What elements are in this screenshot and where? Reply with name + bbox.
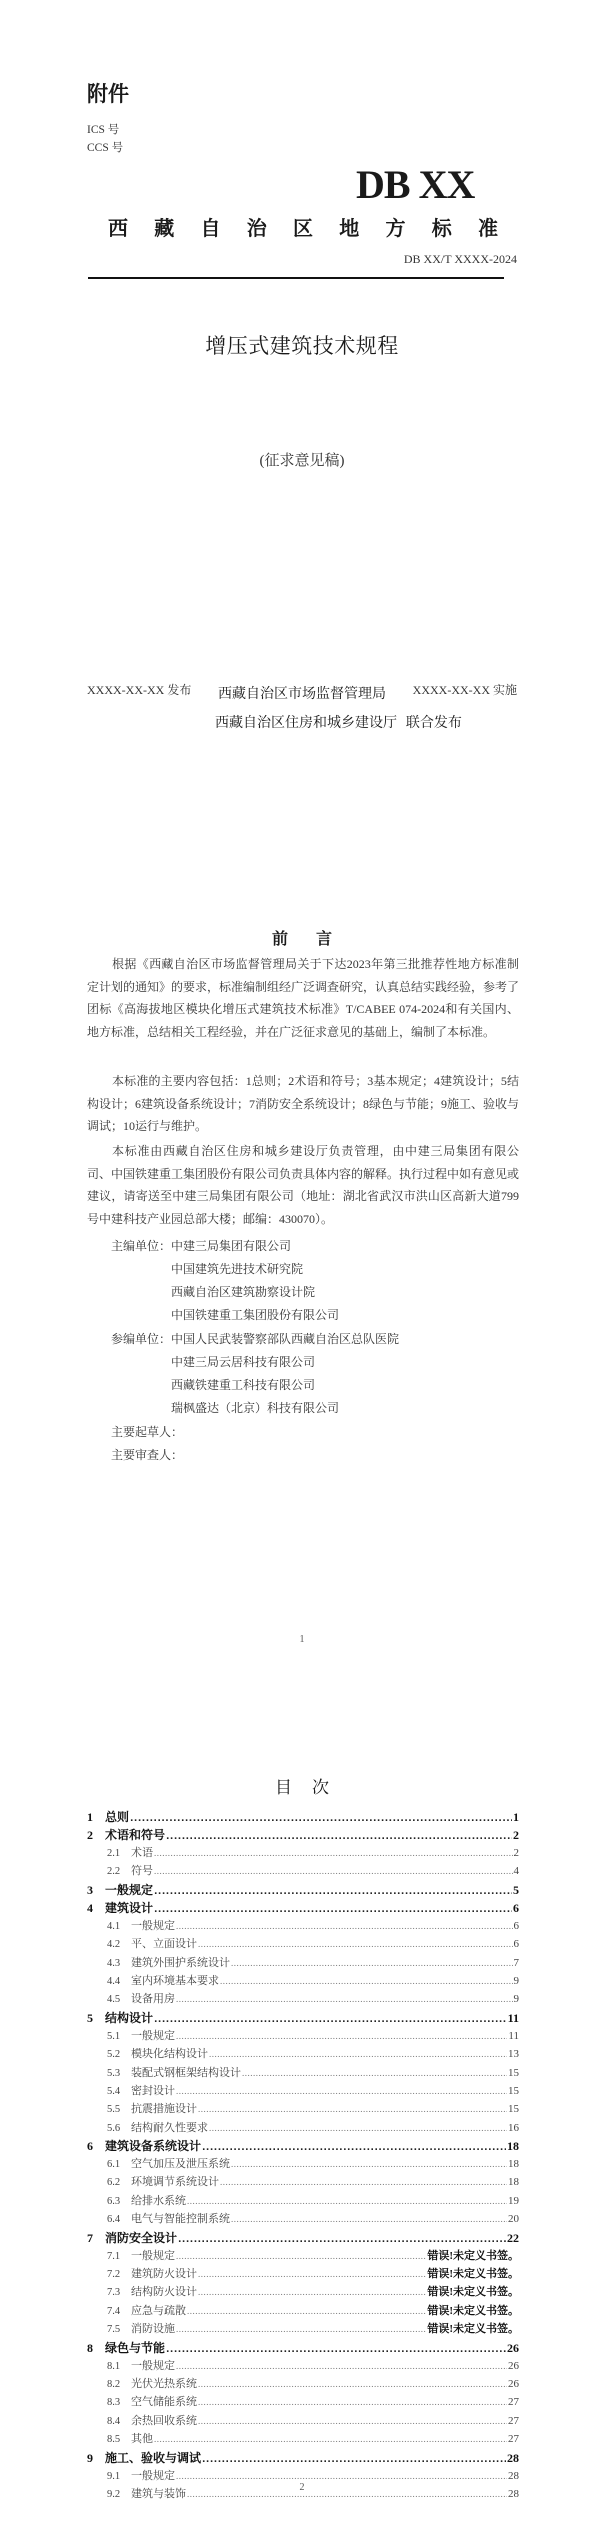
toc-entry-label: 装配式钢框架结构设计 [131,2064,241,2080]
toc-entry-page: 18 [508,2176,519,2188]
toc-entry-label: 抗震措施设计 [131,2100,197,2116]
toc-entry[interactable]: 6.3给排水系统19 [87,2192,519,2210]
toc-leader-dots [198,2416,507,2426]
standard-type-heading: 西 藏 自 治 区 地 方 标 准 [108,214,498,242]
chief-unit: 中国铁建重工集团股份有限公司 [171,1306,339,1323]
toc-entry[interactable]: 7.1一般规定错误!未定义书签。 [87,2247,519,2265]
toc-entry-page: 13 [508,2048,519,2060]
toc-entry-label: 绿色与节能 [105,2339,165,2356]
toc-leader-dots [209,2049,507,2059]
table-of-contents: 1总则12术语和符号22.1术语22.2符号43一般规定54建筑设计64.1一般… [87,1808,519,2503]
toc-title: 目次 [0,1773,600,1798]
toc-entry-page: 6 [513,1901,519,1916]
toc-entry-label: 模块化结构设计 [131,2045,208,2061]
toc-entry-number: 4.5 [107,1994,131,2005]
toc-leader-dots [154,1866,513,1876]
toc-leader-dots [220,2177,507,2187]
toc-entry-number: 4.4 [107,1976,131,1987]
page-number: 1 [0,1634,600,1645]
toc-entry-number: 2.1 [107,1848,131,1859]
toc-entry-page: 20 [508,2213,519,2225]
toc-entry[interactable]: 7.4应急与疏散错误!未定义书签。 [87,2302,519,2320]
toc-entry-page: 9 [514,1975,520,1987]
toc-entry-page: 26 [507,2341,519,2356]
toc-entry-label: 建筑设计 [105,1899,153,1916]
page-number: 2 [0,2482,600,2493]
toc-entry[interactable]: 8.1一般规定26 [87,2357,519,2375]
toc-entry-page: 28 [507,2451,519,2466]
foreword-title: 前言 [0,926,600,949]
toc-entry-number: 8.5 [107,2434,131,2445]
toc-entry-page: 22 [507,2231,519,2246]
toc-entry[interactable]: 2.1术语2 [87,1844,519,1862]
toc-entry-number: 6.3 [107,2196,131,2207]
toc-entry[interactable]: 7.2建筑防火设计错误!未定义书签。 [87,2265,519,2283]
toc-entry-label: 光伏光热系统 [131,2375,197,2391]
toc-entry-number: 7 [87,2231,105,2246]
toc-entry-page: 27 [508,2433,519,2445]
standard-type-char: 区 [293,214,313,242]
toc-leader-dots [220,1976,513,1986]
toc-entry-label: 应急与疏散 [131,2302,186,2318]
toc-leader-dots [176,2471,507,2481]
toc-entry-label: 室内环境基本要求 [131,1972,219,1988]
issuing-agency-1: 西藏自治区市场监督管理局 [218,683,386,703]
toc-entry-number: 6.1 [107,2159,131,2170]
toc-entry-label: 余热回收系统 [131,2412,197,2428]
toc-entry[interactable]: 5结构设计11 [87,2009,519,2027]
standard-type-char: 地 [339,214,359,242]
toc-entry-page: 错误!未定义书签。 [427,2302,519,2318]
toc-entry-label: 结构耐久性要求 [131,2119,208,2135]
toc-entry-label: 环境调节系统设计 [131,2173,219,2189]
toc-entry-number: 3 [87,1883,105,1898]
toc-entry[interactable]: 4.2平、立面设计6 [87,1935,519,1953]
toc-entry[interactable]: 4.5设备用房9 [87,1990,519,2008]
toc-entry-label: 其他 [131,2430,153,2446]
toc-entry-number: 8.4 [107,2416,131,2427]
issuing-agency-2: 西藏自治区住房和城乡建设厅 联合发布 [215,712,462,732]
toc-entry-number: 7.2 [107,2269,131,2280]
toc-entry-number: 7.5 [107,2324,131,2335]
standard-type-char: 准 [478,214,498,242]
toc-leader-dots [154,1887,512,1897]
toc-entry-number: 7.4 [107,2306,131,2317]
toc-leader-dots [202,2455,506,2465]
toc-entry[interactable]: 6.1空气加压及泄压系统18 [87,2155,519,2173]
toc-entry-page: 15 [508,2103,519,2115]
toc-entry-number: 5.6 [107,2123,131,2134]
toc-leader-dots [231,2214,507,2224]
toc-entry-page: 18 [507,2139,519,2154]
standard-type-char: 藏 [154,214,174,242]
toc-entry-label: 结构设计 [105,2009,153,2026]
participating-units-label: 参编单位： [111,1330,171,1347]
chief-unit: 中国建筑先进技术研究院 [171,1260,303,1277]
toc-entry-page: 2 [513,1828,519,1843]
toc-leader-dots [187,2306,426,2316]
implementation-date: XXXX-XX-XX 实施 [413,681,517,698]
foreword-paragraph-1: 根据《西藏自治区市场监督管理局关于下达2023年第三批推荐性地方标准制定计划的通… [87,953,519,1043]
toc-entry-page: 15 [508,2085,519,2097]
drafters-label: 主要起草人： [111,1423,183,1440]
toc-entry-number: 5 [87,2011,105,2026]
toc-entry-page: 4 [514,1865,520,1877]
toc-entry-label: 设备用房 [131,1990,175,2006]
toc-title-char: 次 [312,1778,329,1798]
toc-entry-number: 5.4 [107,2086,131,2097]
toc-leader-dots [176,2324,426,2334]
toc-entry-number: 5.5 [107,2104,131,2115]
toc-entry-label: 一般规定 [131,2357,175,2373]
toc-entry-number: 9 [87,2451,105,2466]
ics-number: ICS 号 [87,121,119,137]
toc-entry[interactable]: 5.6结构耐久性要求16 [87,2119,519,2137]
toc-entry[interactable]: 8.5其他27 [87,2430,519,2448]
toc-entry-page: 18 [508,2158,519,2170]
toc-entry-label: 密封设计 [131,2082,175,2098]
toc-leader-dots [130,1814,512,1824]
toc-entry[interactable]: 8.4余热回收系统27 [87,2412,519,2430]
toc-entry-label: 一般规定 [131,1917,175,1933]
toc-leader-dots [154,2434,507,2444]
toc-entry-page: 26 [508,2378,519,2390]
toc-entry[interactable]: 9施工、验收与调试28 [87,2449,519,2467]
toc-entry-label: 消防设施 [131,2320,175,2336]
toc-entry-page: 1 [513,1810,519,1825]
standard-type-char: 治 [247,214,267,242]
toc-entry[interactable]: 2术语和符号2 [87,1826,519,1844]
toc-leader-dots [154,2015,507,2025]
toc-leader-dots [176,1994,513,2004]
participating-unit: 瑞枫盛达（北京）科技有限公司 [171,1399,339,1416]
toc-entry-label: 消防安全设计 [105,2229,177,2246]
toc-leader-dots [176,1921,513,1931]
db-code: DB XX [356,163,474,207]
toc-entry-label: 符号 [131,1862,153,1878]
toc-entry-label: 一般规定 [105,1881,153,1898]
toc-entry-label: 一般规定 [131,2247,175,2263]
toc-entry-page: 11 [508,2011,519,2026]
toc-entry-number: 6.2 [107,2177,131,2188]
toc-entry-label: 施工、验收与调试 [105,2449,201,2466]
toc-leader-dots [231,1958,513,1968]
toc-leader-dots [209,2123,507,2133]
toc-leader-dots [166,2345,506,2355]
toc-entry-page: 19 [508,2195,519,2207]
foreword-title-char: 前 [272,929,288,948]
toc-leader-dots [198,2269,426,2279]
draft-label: (征求意见稿) [0,449,600,470]
toc-entry-label: 给排水系统 [131,2192,186,2208]
attachment-label: 附件 [87,78,129,108]
participating-unit: 中建三局云居科技有限公司 [171,1353,315,1370]
toc-leader-dots [154,1905,512,1915]
toc-entry-label: 结构防火设计 [131,2283,197,2299]
toc-entry-number: 8 [87,2341,105,2356]
toc-entry-page: 2 [514,1847,520,1859]
foreword-paragraph-2: 本标准的主要内容包括：1总则；2术语和符号；3基本规定；4建筑设计；5结构设计；… [87,1070,519,1138]
ccs-number: CCS 号 [87,139,123,155]
toc-entry-number: 6.4 [107,2214,131,2225]
toc-leader-dots [198,2397,507,2407]
toc-entry-label: 建筑外围护系统设计 [131,1954,230,1970]
toc-entry-page: 9 [514,1993,520,2005]
toc-entry-number: 5.2 [107,2049,131,2060]
toc-entry[interactable]: 5.5抗震措施设计15 [87,2100,519,2118]
toc-leader-dots [198,1939,513,1949]
toc-entry[interactable]: 8绿色与节能26 [87,2339,519,2357]
participating-unit: 中国人民武装警察部队西藏自治区总队医院 [171,1330,399,1347]
toc-entry-number: 6 [87,2139,105,2154]
toc-entry[interactable]: 4.1一般规定6 [87,1917,519,1935]
toc-entry-page: 16 [508,2122,519,2134]
reviewers-label: 主要审查人： [111,1446,183,1463]
toc-entry-label: 平、立面设计 [131,1935,197,1951]
toc-entry-number: 2 [87,1828,105,1843]
toc-entry-label: 一般规定 [131,2027,175,2043]
toc-entry-number: 2.2 [107,1866,131,1877]
toc-entry-number: 7.1 [107,2251,131,2262]
foreword-title-char: 言 [316,929,332,948]
toc-entry-number: 4.2 [107,1939,131,1950]
toc-entry-label: 术语 [131,1844,153,1860]
toc-entry[interactable]: 2.2符号4 [87,1862,519,1880]
toc-entry-number: 8.3 [107,2397,131,2408]
standard-number: DB XX/T XXXX-2024 [404,252,517,267]
toc-entry[interactable]: 8.3空气储能系统27 [87,2393,519,2411]
toc-entry-label: 电气与智能控制系统 [131,2210,230,2226]
toc-leader-dots [198,2287,426,2297]
toc-entry-page: 6 [514,1938,520,1950]
toc-entry-number: 1 [87,1810,105,1825]
toc-entry[interactable]: 6.2环境调节系统设计18 [87,2173,519,2191]
toc-entry-number: 5.1 [107,2031,131,2042]
toc-entry[interactable]: 4.3建筑外围护系统设计7 [87,1954,519,1972]
toc-leader-dots [198,2379,507,2389]
toc-entry-number: 4.3 [107,1958,131,1969]
toc-entry[interactable]: 4建筑设计6 [87,1899,519,1917]
toc-leader-dots [176,2361,507,2371]
chief-unit: 中建三局集团有限公司 [171,1237,291,1254]
toc-entry[interactable]: 5.1一般规定11 [87,2027,519,2045]
toc-entry-page: 27 [508,2396,519,2408]
toc-entry[interactable]: 6建筑设备系统设计18 [87,2137,519,2155]
chief-unit: 西藏自治区建筑勘察设计院 [171,1283,315,1300]
standard-type-char: 方 [386,214,406,242]
toc-entry-number: 8.2 [107,2379,131,2390]
toc-leader-dots [176,2031,507,2041]
toc-leader-dots [202,2143,506,2153]
toc-leader-dots [178,2235,506,2245]
toc-entry[interactable]: 4.4室内环境基本要求9 [87,1972,519,1990]
toc-entry-label: 建筑防火设计 [131,2265,197,2281]
toc-entry-number: 4 [87,1901,105,1916]
toc-leader-dots [242,2068,507,2078]
toc-entry-page: 7 [514,1957,520,1969]
toc-entry-label: 建筑设备系统设计 [105,2137,201,2154]
standard-type-char: 自 [201,214,221,242]
toc-entry[interactable]: 8.2光伏光热系统26 [87,2375,519,2393]
toc-entry-label: 术语和符号 [105,1826,165,1843]
toc-entry-page: 27 [508,2415,519,2427]
toc-entry[interactable]: 5.3装配式钢框架结构设计15 [87,2064,519,2082]
toc-entry-page: 6 [514,1920,520,1932]
toc-entry[interactable]: 7.3结构防火设计错误!未定义书签。 [87,2283,519,2301]
toc-entry-page: 5 [513,1883,519,1898]
toc-leader-dots [154,1848,513,1858]
toc-entry[interactable]: 1总则1 [87,1808,519,1826]
toc-leader-dots [176,2086,507,2096]
toc-entry-page: 11 [508,2030,519,2042]
toc-entry-page: 26 [508,2360,519,2372]
toc-leader-dots [187,2196,507,2206]
toc-entry[interactable]: 7消防安全设计22 [87,2229,519,2247]
foreword-paragraph-3: 本标准由西藏自治区住房和城乡建设厅负责管理，由中建三局集团有限公司、中国铁建重工… [87,1140,519,1230]
participating-unit: 西藏铁建重工科技有限公司 [171,1376,315,1393]
toc-entry[interactable]: 7.5消防设施错误!未定义书签。 [87,2320,519,2338]
toc-entry[interactable]: 3一般规定5 [87,1881,519,1899]
standard-type-char: 标 [432,214,452,242]
toc-entry-page: 错误!未定义书签。 [427,2283,519,2299]
chief-units-label: 主编单位： [111,1237,171,1254]
toc-leader-dots [198,2104,507,2114]
toc-entry-label: 空气储能系统 [131,2393,197,2409]
toc-leader-dots [231,2159,507,2169]
toc-entry-number: 9.1 [107,2471,131,2482]
toc-entry-page: 错误!未定义书签。 [427,2320,519,2336]
document-title: 增压式建筑技术规程 [0,330,600,360]
toc-leader-dots [176,2251,426,2261]
toc-entry[interactable]: 5.4密封设计15 [87,2082,519,2100]
toc-leader-dots [166,1832,512,1842]
issue-date: XXXX-XX-XX 发布 [87,681,191,698]
toc-entry[interactable]: 6.4电气与智能控制系统20 [87,2210,519,2228]
toc-entry-number: 5.3 [107,2068,131,2079]
toc-entry-page: 错误!未定义书签。 [427,2247,519,2263]
toc-title-char: 目 [275,1778,292,1798]
cover-divider [88,277,504,279]
toc-entry-label: 空气加压及泄压系统 [131,2155,230,2171]
toc-entry-page: 15 [508,2067,519,2079]
toc-entry-number: 7.3 [107,2287,131,2298]
standard-type-char: 西 [108,214,128,242]
toc-entry-label: 总则 [105,1808,129,1825]
toc-entry-number: 8.1 [107,2361,131,2372]
toc-entry-number: 4.1 [107,1921,131,1932]
toc-entry-page: 28 [508,2470,519,2482]
toc-entry-label: 一般规定 [131,2467,175,2483]
toc-entry[interactable]: 5.2模块化结构设计13 [87,2045,519,2063]
toc-entry-page: 错误!未定义书签。 [427,2265,519,2281]
